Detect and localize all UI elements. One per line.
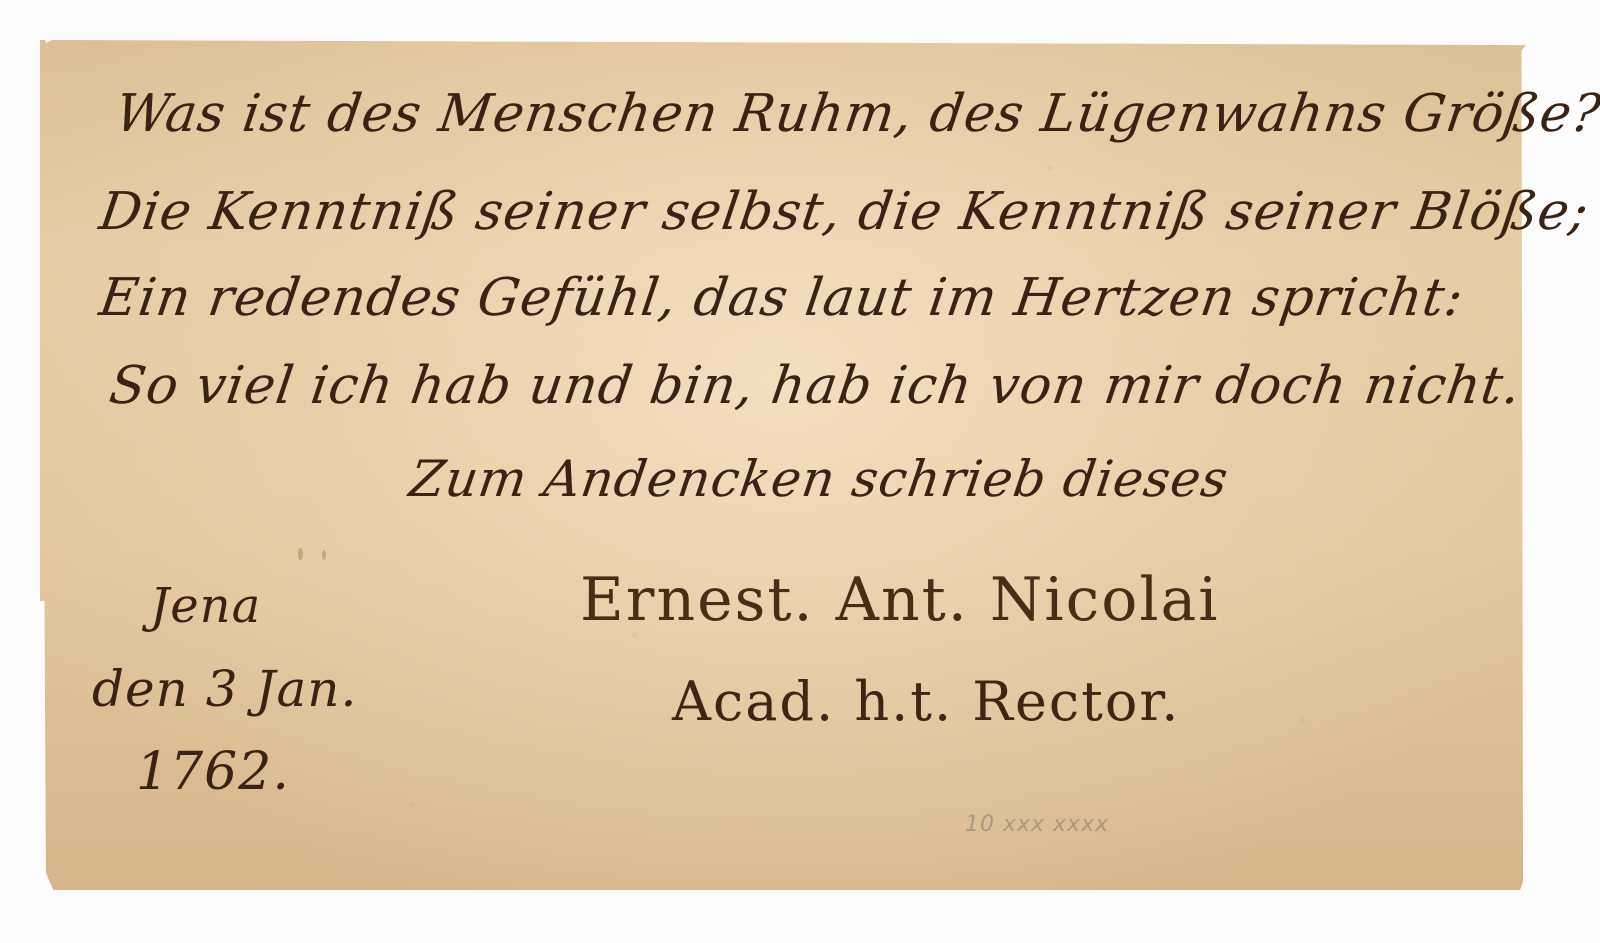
date-line: den 3 Jan.: [92, 660, 357, 718]
scan-canvas: Was ist des Menschen Ruhm, des Lügenwahn…: [0, 0, 1600, 943]
signature-name: Ernest. Ant. Nicolai: [580, 565, 1219, 635]
year-line: 1762.: [136, 742, 290, 802]
verse-line-2: Die Kenntniß seiner selbst, die Kenntniß…: [96, 186, 1592, 238]
ink-stain: [298, 548, 303, 560]
verse-line-4: So viel ich hab und bin, hab ich von mir…: [106, 360, 1524, 412]
verse-line-3: Ein redendes Gefühl, das laut im Hertzen…: [96, 272, 1467, 324]
verse-line-1: Was ist des Menschen Ruhm, des Lügenwahn…: [112, 88, 1600, 140]
ink-stain: [322, 550, 326, 560]
pencil-annotation: 10 xxx xxxx: [965, 812, 1109, 837]
place-name: Jena: [150, 578, 261, 634]
dedication-line: Zum Andencken schrieb dieses: [406, 450, 1232, 508]
signature-title: Acad. h.t. Rector.: [672, 670, 1180, 733]
